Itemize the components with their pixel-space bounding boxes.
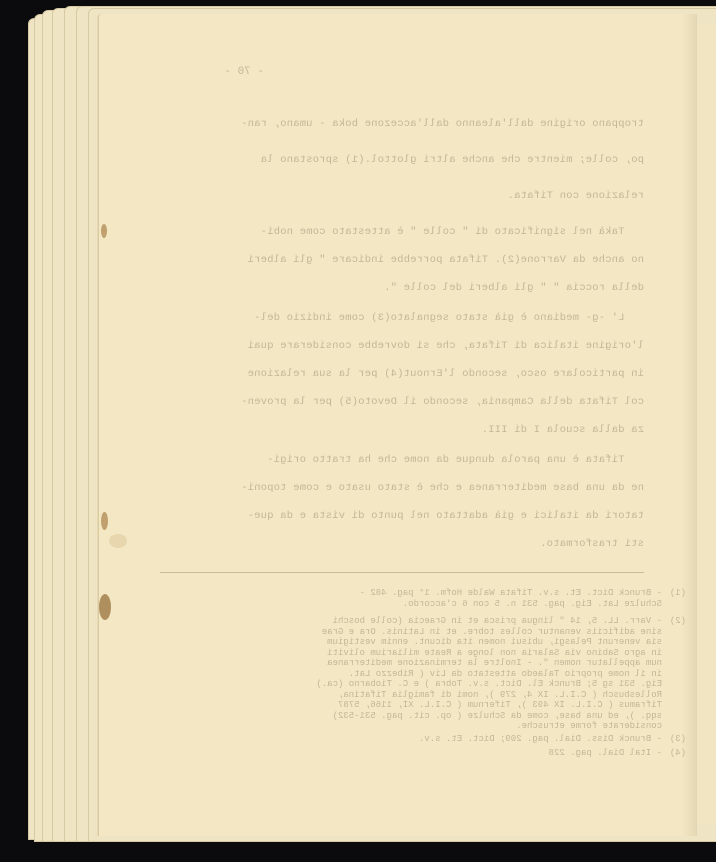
body-line: tatori da italici e già adattato nel pun… <box>247 510 644 522</box>
body-line: in particolare osco, secondo l'Ernout(4)… <box>247 368 644 380</box>
right-facing-page-edge <box>695 24 716 824</box>
footnote-text: - Varr. LL. 5, 14 " lingua prisca et in … <box>316 616 662 732</box>
document-page: - 70 - troppano origine dall'aleanno dal… <box>98 14 696 836</box>
footnote-separator <box>160 572 644 573</box>
body-line: Takà nel significato di " colle " è atte… <box>260 226 644 238</box>
footnote-marker: (1) <box>670 588 686 599</box>
show-through-text: - 70 - troppano origine dall'aleanno dal… <box>99 14 696 836</box>
footnote-marker: (3) <box>670 734 686 745</box>
body-line: Tifata è una parola dunque da nome che h… <box>267 454 644 466</box>
body-line: za dalla scuola I di III. <box>481 424 644 436</box>
footnote-marker: (2) <box>670 616 686 627</box>
stain-mark <box>101 224 107 238</box>
stain-mark <box>101 512 108 530</box>
body-line: col Tifata della Campania, secondo il De… <box>241 396 644 408</box>
body-line: ne da una base mediterranea e che è stat… <box>241 482 644 494</box>
footnote-text: - Ital Dial. pag. 228 <box>549 748 662 759</box>
footnote-marker: (4) <box>670 748 686 759</box>
footnote-text: - Brunck Diss. Dial. pag. 209; Dict. Et.… <box>419 734 662 745</box>
body-line: no anche da Varrone(2). Tifata porrebbe … <box>247 254 644 266</box>
body-line: sti trasformato. <box>540 538 644 550</box>
page-number: - 70 - <box>224 66 264 78</box>
stain-mark <box>109 534 127 548</box>
body-line: troppano origine dall'aleanno dall'accez… <box>241 118 644 130</box>
body-line: L' -g- mediano è già stato segnalato(3) … <box>254 312 644 324</box>
footnote-text: - Brunck Dict. Et. s.v. Tifata Walde Hof… <box>360 588 662 609</box>
body-line: relazione con Tifata. <box>507 190 644 202</box>
body-line: della roccia " " gli alberi del colle ". <box>384 282 644 294</box>
body-line: po, colle; mientre che anche altri glott… <box>260 154 644 166</box>
stain-mark <box>99 594 111 620</box>
body-line: l'origine italica di Tifata, che si dovr… <box>247 340 644 352</box>
